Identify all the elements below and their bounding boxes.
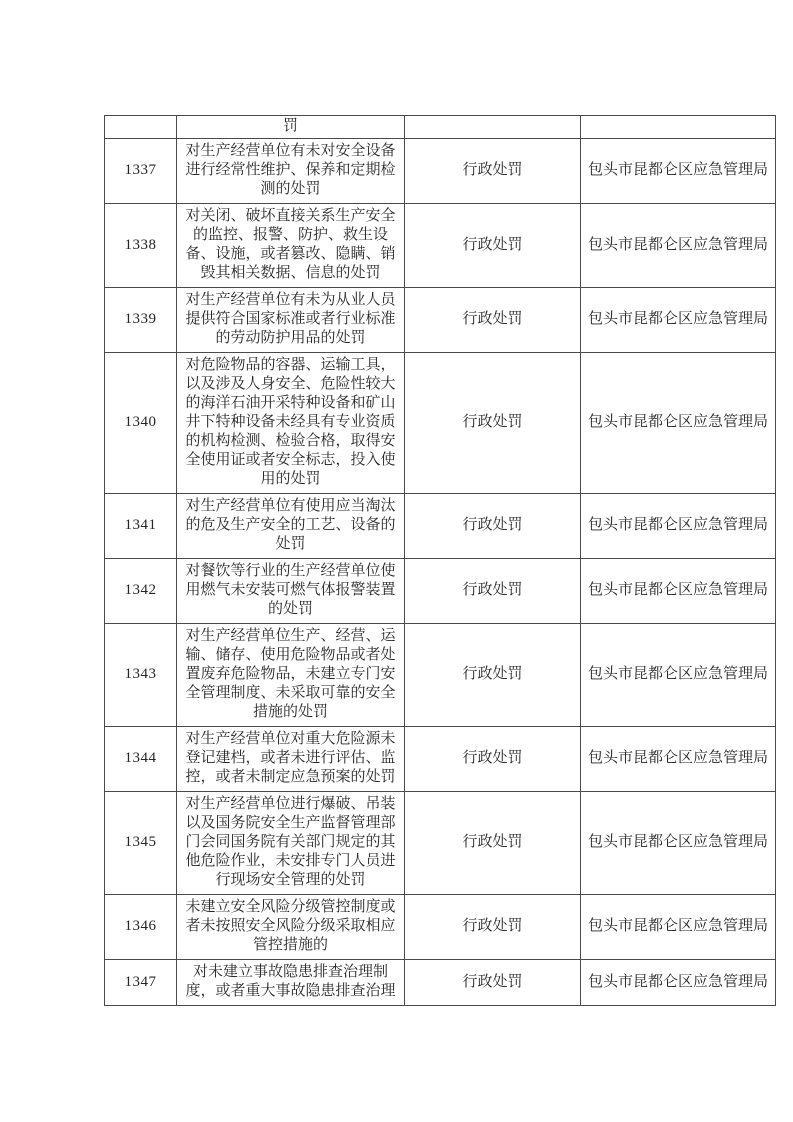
table-row: 1340 对危险物品的容器、运输工具，以及涉及人身安全、危险性较大的海洋石油开采… xyxy=(105,353,776,494)
row-item-description: 对餐饮等行业的生产经营单位使用燃气未安装可燃气体报警装置的处罚 xyxy=(177,559,405,624)
table-row: 1341 对生产经营单位有使用应当淘汰的危及生产安全的工艺、设备的处罚 行政处罚… xyxy=(105,494,776,559)
penalty-items-table: 罚 1337 对生产经营单位有未对安全设备进行经常性维护、保养和定期检测的处罚 … xyxy=(104,115,776,1006)
table-row: 1343 对生产经营单位生产、经营、运输、储存、使用危险物品或者处置废弃危险物品… xyxy=(105,624,776,727)
row-serial: 1346 xyxy=(105,895,177,960)
row-agency: 包头市昆都仑区应急管理局 xyxy=(581,792,776,895)
row-item-description: 对危险物品的容器、运输工具，以及涉及人身安全、危险性较大的海洋石油开采特种设备和… xyxy=(177,353,405,494)
row-item-description: 对生产经营单位生产、经营、运输、储存、使用危险物品或者处置废弃危险物品，未建立专… xyxy=(177,624,405,727)
row-item-description: 对生产经营单位有使用应当淘汰的危及生产安全的工艺、设备的处罚 xyxy=(177,494,405,559)
row-item-description: 对生产经营单位有未为从业人员提供符合国家标准或者行业标准的劳动防护用品的处罚 xyxy=(177,288,405,353)
row-agency: 包头市昆都仑区应急管理局 xyxy=(581,494,776,559)
document-page: 罚 1337 对生产经营单位有未对安全设备进行经常性维护、保养和定期检测的处罚 … xyxy=(0,0,793,1122)
table-row: 1344 对生产经营单位对重大危险源未登记建档，或者未进行评估、监控，或者未制定… xyxy=(105,727,776,792)
row-penalty-type: 行政处罚 xyxy=(405,288,581,353)
row-agency: 包头市昆都仑区应急管理局 xyxy=(581,353,776,494)
row-serial: 1344 xyxy=(105,727,177,792)
row-agency: 包头市昆都仑区应急管理局 xyxy=(581,895,776,960)
row-agency: 包头市昆都仑区应急管理局 xyxy=(581,288,776,353)
row-penalty-type: 行政处罚 xyxy=(405,139,581,204)
row-agency xyxy=(581,116,776,139)
row-penalty-type: 行政处罚 xyxy=(405,353,581,494)
row-item-description: 对未建立事故隐患排查治理制度，或者重大事故隐患排查治理 xyxy=(177,960,405,1006)
row-agency: 包头市昆都仑区应急管理局 xyxy=(581,727,776,792)
row-serial: 1339 xyxy=(105,288,177,353)
row-item-description: 罚 xyxy=(177,116,405,139)
row-agency: 包头市昆都仑区应急管理局 xyxy=(581,139,776,204)
penalty-table-body: 罚 1337 对生产经营单位有未对安全设备进行经常性维护、保养和定期检测的处罚 … xyxy=(105,116,776,1006)
row-serial: 1345 xyxy=(105,792,177,895)
row-serial: 1338 xyxy=(105,204,177,288)
row-serial: 1341 xyxy=(105,494,177,559)
row-agency: 包头市昆都仑区应急管理局 xyxy=(581,559,776,624)
row-serial: 1347 xyxy=(105,960,177,1006)
table-row: 1346 未建立安全风险分级管控制度或者未按照安全风险分级采取相应管控措施的 行… xyxy=(105,895,776,960)
row-agency: 包头市昆都仑区应急管理局 xyxy=(581,960,776,1006)
row-serial: 1342 xyxy=(105,559,177,624)
row-agency: 包头市昆都仑区应急管理局 xyxy=(581,204,776,288)
row-serial: 1343 xyxy=(105,624,177,727)
table-row: 1339 对生产经营单位有未为从业人员提供符合国家标准或者行业标准的劳动防护用品… xyxy=(105,288,776,353)
row-penalty-type: 行政处罚 xyxy=(405,727,581,792)
row-penalty-type: 行政处罚 xyxy=(405,792,581,895)
row-penalty-type: 行政处罚 xyxy=(405,960,581,1006)
table-row: 1342 对餐饮等行业的生产经营单位使用燃气未安装可燃气体报警装置的处罚 行政处… xyxy=(105,559,776,624)
row-penalty-type: 行政处罚 xyxy=(405,624,581,727)
row-item-description: 对生产经营单位进行爆破、吊装以及国务院安全生产监督管理部门会同国务院有关部门规定… xyxy=(177,792,405,895)
row-penalty-type xyxy=(405,116,581,139)
row-item-description: 对生产经营单位对重大危险源未登记建档，或者未进行评估、监控，或者未制定应急预案的… xyxy=(177,727,405,792)
table-row: 罚 xyxy=(105,116,776,139)
row-item-description: 对关闭、破坏直接关系生产安全的监控、报警、防护、救生设备、设施，或者篡改、隐瞒、… xyxy=(177,204,405,288)
row-penalty-type: 行政处罚 xyxy=(405,559,581,624)
row-agency: 包头市昆都仑区应急管理局 xyxy=(581,624,776,727)
row-penalty-type: 行政处罚 xyxy=(405,494,581,559)
row-serial: 1340 xyxy=(105,353,177,494)
table-row: 1338 对关闭、破坏直接关系生产安全的监控、报警、防护、救生设备、设施，或者篡… xyxy=(105,204,776,288)
row-penalty-type: 行政处罚 xyxy=(405,895,581,960)
row-penalty-type: 行政处罚 xyxy=(405,204,581,288)
table-row: 1337 对生产经营单位有未对安全设备进行经常性维护、保养和定期检测的处罚 行政… xyxy=(105,139,776,204)
row-item-description: 对生产经营单位有未对安全设备进行经常性维护、保养和定期检测的处罚 xyxy=(177,139,405,204)
row-item-description: 未建立安全风险分级管控制度或者未按照安全风险分级采取相应管控措施的 xyxy=(177,895,405,960)
table-row: 1345 对生产经营单位进行爆破、吊装以及国务院安全生产监督管理部门会同国务院有… xyxy=(105,792,776,895)
row-serial xyxy=(105,116,177,139)
table-row: 1347 对未建立事故隐患排查治理制度，或者重大事故隐患排查治理 行政处罚 包头… xyxy=(105,960,776,1006)
row-serial: 1337 xyxy=(105,139,177,204)
